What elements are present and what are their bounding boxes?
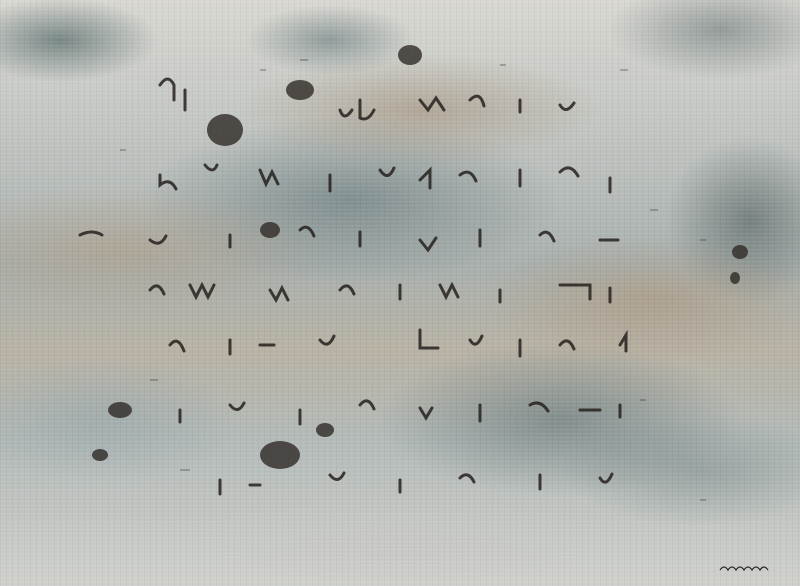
asemic-script bbox=[80, 79, 626, 494]
abstract-painting bbox=[0, 0, 800, 586]
artist-signature bbox=[718, 562, 778, 574]
ink-blots bbox=[92, 45, 748, 469]
ink-marks bbox=[0, 0, 800, 586]
